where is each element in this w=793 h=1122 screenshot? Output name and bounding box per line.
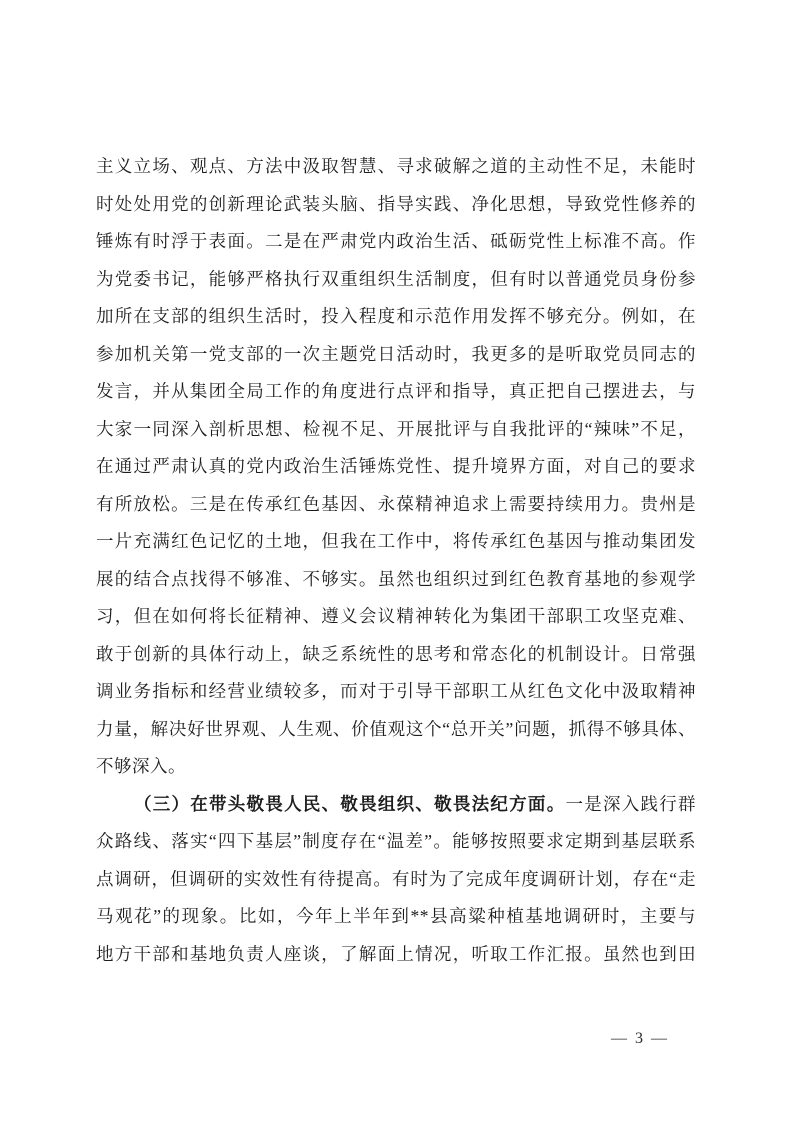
text-line: 在通过严肃认真的党内政治生活锤炼党性、提升境界方面，对自己的要求 <box>96 448 696 486</box>
body-text: 锤炼有时浮于表面。二是在严肃党内政治生活、砥砺党性上标准不高。作 <box>96 231 696 251</box>
body-text: 调业务指标和经营业绩较多，而对于引导干部职工从红色文化中汲取精神 <box>96 681 696 701</box>
text-line: 敢于创新的具体行动上，缺乏系统性的思考和常态化的机制设计。日常强 <box>96 636 696 674</box>
body-text: 在通过严肃认真的党内政治生活锤炼党性、提升境界方面，对自己的要求 <box>96 456 696 476</box>
text-line: 展的结合点找得不够准、不够实。虽然也组织过到红色教育基地的参观学 <box>96 561 696 599</box>
body-text: 为党委书记，能够严格执行双重组织生活制度，但有时以普通党员身份参 <box>96 269 696 289</box>
body-text: 展的结合点找得不够准、不够实。虽然也组织过到红色教育基地的参观学 <box>96 569 696 589</box>
text-line: 不够深入。 <box>96 748 696 786</box>
body-text: 马观花”的现象。比如，今年上半年到**县高粱种植基地调研时，主要与 <box>96 906 696 926</box>
body-text: 众路线、落实“四下基层”制度存在“温差”。能够按照要求定期到基层联系 <box>96 831 696 851</box>
body-text: 有所放松。三是在传承红色基因、永葆精神追求上需要持续用力。贵州是 <box>96 494 696 514</box>
body-text: 地方干部和基地负责人座谈，了解面上情况，听取工作汇报。虽然也到田 <box>96 944 696 964</box>
body-text: 点调研，但调研的实效性有待提高。有时为了完成年度调研计划，存在“走 <box>96 869 696 889</box>
text-line: 众路线、落实“四下基层”制度存在“温差”。能够按照要求定期到基层联系 <box>96 823 696 861</box>
text-line: 大家一同深入剖析思想、检视不足、开展批评与自我批评的“辣味”不足， <box>96 411 696 449</box>
text-line: 加所在支部的组织生活时，投入程度和示范作用发挥不够充分。例如，在 <box>96 298 696 336</box>
body-text: 大家一同深入剖析思想、检视不足、开展批评与自我批评的“辣味”不足， <box>96 419 696 439</box>
text-line: 发言，并从集团全局工作的角度进行点评和指导，真正把自己摆进去，与 <box>96 373 696 411</box>
text-line: 力量，解决好世界观、人生观、价值观这个“总开关”问题，抓得不够具体、 <box>96 711 696 749</box>
document-page: 主义立场、观点、方法中汲取智慧、寻求破解之道的主动性不足，未能时时处处用党的创新… <box>0 0 793 1122</box>
section-heading-text: （三）在带头敬畏人民、敬畏组织、敬畏法纪方面。 <box>134 794 565 814</box>
body-text: 敢于创新的具体行动上，缺乏系统性的思考和常态化的机制设计。日常强 <box>96 644 696 664</box>
text-line: （三）在带头敬畏人民、敬畏组织、敬畏法纪方面。一是深入践行群 <box>96 786 696 824</box>
body-text: 主义立场、观点、方法中汲取智慧、寻求破解之道的主动性不足，未能时 <box>96 156 696 176</box>
body-text: 时处处用党的创新理论武装头脑、指导实践、净化思想，导致党性修养的 <box>96 194 696 214</box>
text-line: 为党委书记，能够严格执行双重组织生活制度，但有时以普通党员身份参 <box>96 261 696 299</box>
text-line: 主义立场、观点、方法中汲取智慧、寻求破解之道的主动性不足，未能时 <box>96 148 696 186</box>
text-line: 有所放松。三是在传承红色基因、永葆精神追求上需要持续用力。贵州是 <box>96 486 696 524</box>
text-line: 一片充满红色记忆的土地，但我在工作中，将传承红色基因与推动集团发 <box>96 523 696 561</box>
text-line: 地方干部和基地负责人座谈，了解面上情况，听取工作汇报。虽然也到田 <box>96 936 696 974</box>
body-text: 不够深入。 <box>96 756 186 776</box>
body-text: 力量，解决好世界观、人生观、价值观这个“总开关”问题，抓得不够具体、 <box>96 719 696 739</box>
body-text: 习，但在如何将长征精神、遵义会议精神转化为集团干部职工攻坚克难、 <box>96 606 696 626</box>
text-line: 点调研，但调研的实效性有待提高。有时为了完成年度调研计划，存在“走 <box>96 861 696 899</box>
body-text: 一片充满红色记忆的土地，但我在工作中，将传承红色基因与推动集团发 <box>96 531 696 551</box>
text-line: 调业务指标和经营业绩较多，而对于引导干部职工从红色文化中汲取精神 <box>96 673 696 711</box>
document-body: 主义立场、观点、方法中汲取智慧、寻求破解之道的主动性不足，未能时时处处用党的创新… <box>96 148 696 973</box>
text-line: 锤炼有时浮于表面。二是在严肃党内政治生活、砥砺党性上标准不高。作 <box>96 223 696 261</box>
body-text: 一是深入践行群 <box>565 794 696 814</box>
text-line: 时处处用党的创新理论武装头脑、指导实践、净化思想，导致党性修养的 <box>96 186 696 224</box>
text-line: 马观花”的现象。比如，今年上半年到**县高粱种植基地调研时，主要与 <box>96 898 696 936</box>
text-line: 参加机关第一党支部的一次主题党日活动时，我更多的是听取党员同志的 <box>96 336 696 374</box>
body-text: 加所在支部的组织生活时，投入程度和示范作用发挥不够充分。例如，在 <box>96 306 696 326</box>
page-number: — 3 — <box>611 1030 669 1048</box>
body-text: 参加机关第一党支部的一次主题党日活动时，我更多的是听取党员同志的 <box>96 344 696 364</box>
text-line: 习，但在如何将长征精神、遵义会议精神转化为集团干部职工攻坚克难、 <box>96 598 696 636</box>
body-text: 发言，并从集团全局工作的角度进行点评和指导，真正把自己摆进去，与 <box>96 381 696 401</box>
